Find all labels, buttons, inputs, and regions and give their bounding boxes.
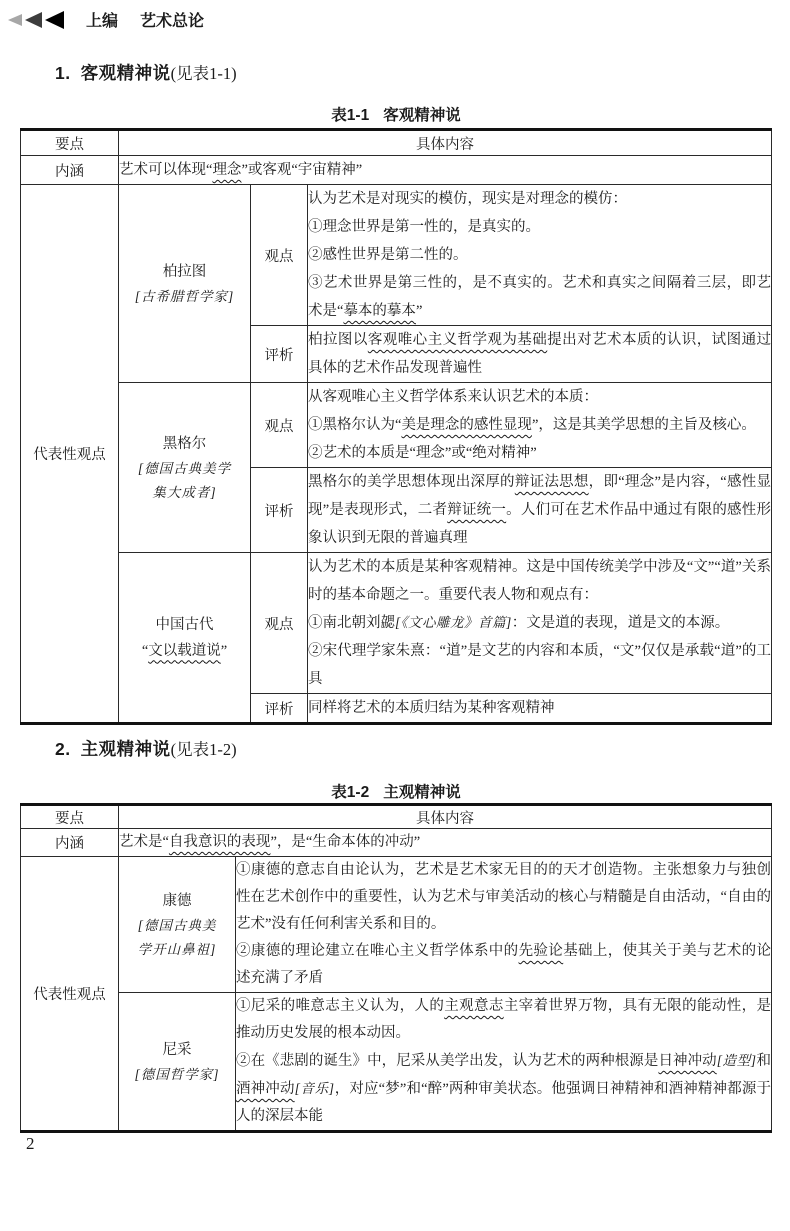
- cell-hegel-guandian: 从客观唯心主义哲学体系来认识艺术的本质：①黑格尔认为“美是理念的感性显现”，这是…: [308, 383, 772, 468]
- cell-platon-pingxi: 柏拉图以客观唯心主义哲学观为基础提出对艺术本质的认识，试图通过具体的艺术作品发现…: [308, 326, 772, 383]
- text-segment: ②感性世界是第二性的。: [308, 247, 468, 263]
- kaiti-annotation: [造型]: [717, 1053, 757, 1068]
- paragraph: 从客观唯心主义哲学体系来认识艺术的本质：: [308, 383, 771, 411]
- running-head-title: 艺术总论: [140, 8, 204, 31]
- wavy-underlined-text: 客观唯心主义哲学观为基础: [368, 332, 547, 348]
- cell-pingxi-label: 评析: [251, 326, 308, 383]
- table-label: 表1-1: [331, 107, 369, 124]
- text-segment: ”，这是其美学思想的主旨及核心。: [532, 417, 756, 433]
- paragraph: ②康德的理论建立在唯心主义哲学体系中的先验论基础上，使其关于美与艺术的论述充满了…: [236, 938, 771, 992]
- school-name: 中国古代: [119, 612, 250, 638]
- wavy-underlined-text: 美是理念的感性显现: [401, 417, 532, 433]
- paragraph: ①黑格尔认为“美是理念的感性显现”，这是其美学思想的主旨及核心。: [308, 411, 771, 439]
- wavy-underlined-text: 酒神冲动: [236, 1081, 295, 1097]
- kaiti-annotation: [《文心雕龙》首篇]: [395, 615, 512, 630]
- text-segment: ②康德的理论建立在唯心主义哲学体系中的: [236, 943, 519, 959]
- text-segment: 认为艺术是对现实的模仿，现实是对理念的模仿：: [308, 191, 627, 207]
- text-segment: 从客观唯心主义哲学体系来认识艺术的本质：: [308, 389, 598, 405]
- header-cell-yaodian: 要点: [21, 130, 119, 156]
- cell-pingxi-label: 评析: [251, 468, 308, 553]
- paragraph: ①康德的意志自由论认为，艺术是艺术家无目的的天才创造物。主张想象力与独创性在艺术…: [236, 857, 771, 938]
- text-segment: ①黑格尔认为“: [308, 417, 401, 433]
- text-segment: 和: [756, 1053, 771, 1069]
- text-segment: 黑格尔的美学思想体现出深厚的: [308, 474, 515, 490]
- paragraph: 同样将艺术的本质归结为某种客观精神: [308, 694, 771, 722]
- paragraph: ①理念世界是第一性的，是真实的。: [308, 213, 771, 241]
- table-1-2-title: 表1-2主观精神说: [20, 780, 772, 802]
- section-table-ref: (见表1-1): [171, 64, 237, 83]
- cell-kant-content: ①康德的意志自由论认为，艺术是艺术家无目的的天才创造物。主张想象力与独创性在艺术…: [236, 857, 772, 993]
- table-label: 表1-2: [331, 784, 369, 801]
- text-segment: ①南北朝刘勰: [308, 615, 395, 631]
- wavy-underlined-text: 自我意识的表现: [169, 834, 271, 850]
- text-segment: ①尼采的唯意志主义认为，人的: [236, 998, 444, 1014]
- section-title: 主观精神说: [81, 739, 171, 759]
- header-cell-juti-neirong: 具体内容: [119, 130, 772, 156]
- cell-neihan-content: 艺术是“自我意识的表现”，是“生命本体的冲动”: [119, 829, 772, 857]
- paragraph: 柏拉图以客观唯心主义哲学观为基础提出对艺术本质的认识，试图通过具体的艺术作品发现…: [308, 326, 771, 382]
- text-segment: 柏拉图以: [308, 332, 368, 348]
- page-number: 2: [26, 1134, 35, 1154]
- cell-name-platon: 柏拉图 [古希腊哲学家]: [119, 185, 251, 383]
- section-number: 2.: [55, 739, 71, 759]
- text-segment: 同样将艺术的本质归结为某种客观精神: [308, 700, 555, 716]
- section-heading-2: 2.主观精神说(见表1-2): [55, 736, 237, 761]
- table-title-text: 客观精神说: [383, 107, 461, 124]
- cell-hegel-pingxi: 黑格尔的美学思想体现出深厚的辩证法思想，即“理念”是内容，“感性显现”是表现形式…: [308, 468, 772, 553]
- paragraph: “文以载道说”: [119, 638, 250, 664]
- paragraph: 艺术是“自我意识的表现”，是“生命本体的冲动”: [119, 829, 771, 856]
- section-title: 客观精神说: [81, 63, 171, 83]
- wavy-underlined-text: 日神冲动: [658, 1053, 716, 1069]
- wavy-underlined-text: 先验论: [519, 943, 564, 959]
- paragraph: ②感性世界是第二性的。: [308, 241, 771, 269]
- wavy-underlined-text: 理念: [212, 162, 241, 178]
- header-cell-yaodian: 要点: [21, 805, 119, 829]
- text-segment: ”: [221, 643, 227, 659]
- cell-name-kant: 康德 [德国古典美 学开山鼻祖]: [119, 857, 236, 993]
- textbook-page: 上编 艺术总论 1.客观精神说(见表1-1) 表1-1客观精神说 要点 具体内容…: [0, 0, 790, 1231]
- wavy-underlined-text: 辩证法思想: [515, 474, 589, 490]
- text-segment: ”，是“生命本体的冲动”: [270, 834, 420, 850]
- cell-daibiao-label: 代表性观点: [21, 185, 119, 724]
- paragraph: ②艺术的本质是“理念”或“绝对精神”: [308, 439, 771, 467]
- person-name: 康德: [119, 888, 235, 914]
- left-arrow-icon: [8, 14, 22, 26]
- wavy-underlined-text: 摹本的摹本: [343, 303, 416, 319]
- text-segment: 艺术可以体现“: [119, 162, 212, 178]
- text-segment: ①康德的意志自由论认为，艺术是艺术家无目的的天才创造物。主张想象力与独创性在艺术…: [236, 862, 771, 932]
- left-arrow-icon: [45, 11, 64, 29]
- kaiti-annotation: [音乐]: [295, 1081, 335, 1096]
- person-name: 黑格尔: [119, 431, 250, 457]
- section-number: 1.: [55, 63, 71, 83]
- wavy-underlined-text: 主观意志: [444, 998, 504, 1014]
- text-segment: ②宋代理学家朱熹：“道”是文艺的内容和本质，“文”仅仅是承载“道”的工具: [308, 643, 771, 687]
- person-name: 柏拉图: [119, 259, 250, 285]
- text-segment: ”: [416, 303, 422, 319]
- cell-neihan-label: 内涵: [21, 829, 119, 857]
- table-1-1-title: 表1-1客观精神说: [20, 103, 772, 125]
- paragraph: 艺术可以体现“理念”或客观“宇宙精神”: [119, 156, 771, 184]
- text-segment: ：文是道的表现，道是文的本源。: [512, 615, 730, 631]
- section-heading-1: 1.客观精神说(见表1-1): [55, 60, 237, 85]
- paragraph: ②宋代理学家朱熹：“道”是文艺的内容和本质，“文”仅仅是承载“道”的工具: [308, 637, 771, 693]
- header-cell-juti-neirong: 具体内容: [119, 805, 772, 829]
- cell-platon-guandian: 认为艺术是对现实的模仿，现实是对理念的模仿：①理念世界是第一性的，是真实的。②感…: [308, 185, 772, 326]
- text-segment: ②在《悲剧的诞生》中，尼采从美学出发，认为艺术的两种根源是: [236, 1053, 658, 1069]
- person-note: [德国古典美学 集大成者]: [119, 457, 250, 505]
- cell-pingxi-label: 评析: [251, 694, 308, 724]
- paragraph: ①南北朝刘勰[《文心雕龙》首篇]：文是道的表现，道是文的本源。: [308, 609, 771, 637]
- left-arrow-icon: [25, 12, 42, 28]
- text-segment: ”或客观“宇宙精神”: [241, 162, 362, 178]
- wavy-underlined-text: 辩证统一: [447, 502, 506, 518]
- cell-guandian-label: 观点: [251, 553, 308, 694]
- person-name: 尼采: [119, 1037, 235, 1063]
- text-segment: ②艺术的本质是“理念”或“绝对精神”: [308, 445, 537, 461]
- paragraph: ③艺术世界是第三性的，是不真实的。艺术和真实之间隔着三层，即艺术是“摹本的摹本”: [308, 269, 771, 325]
- running-head: 上编 艺术总论: [8, 8, 204, 31]
- cell-guandian-label: 观点: [251, 185, 308, 326]
- cell-guandian-label: 观点: [251, 383, 308, 468]
- paragraph: 认为艺术是对现实的模仿，现实是对理念的模仿：: [308, 185, 771, 213]
- text-segment: 认为艺术的本质是某种客观精神。这是中国传统美学中涉及“文”“道”关系时的基本命题…: [308, 559, 771, 603]
- cell-neihan-content: 艺术可以体现“理念”或客观“宇宙精神”: [119, 156, 772, 185]
- paragraph: ②在《悲剧的诞生》中，尼采从美学出发，认为艺术的两种根源是日神冲动[造型]和酒神…: [236, 1047, 771, 1130]
- table-1-2: 要点 具体内容 内涵 艺术是“自我意识的表现”，是“生命本体的冲动” 代表性观点…: [20, 803, 772, 1133]
- wavy-underlined-text: 文以载道说: [148, 643, 221, 659]
- cell-name-hegel: 黑格尔 [德国古典美学 集大成者]: [119, 383, 251, 553]
- text-segment: ①理念世界是第一性的，是真实的。: [308, 219, 540, 235]
- text-segment: 艺术是“: [119, 834, 169, 850]
- cell-china-guandian: 认为艺术的本质是某种客观精神。这是中国传统美学中涉及“文”“道”关系时的基本命题…: [308, 553, 772, 694]
- paragraph: ①尼采的唯意志主义认为，人的主观意志主宰着世界万物，具有无限的能动性，是推动历史…: [236, 993, 771, 1047]
- cell-china-pingxi: 同样将艺术的本质归结为某种客观精神: [308, 694, 772, 724]
- table-1-1: 要点 具体内容 内涵 艺术可以体现“理念”或客观“宇宙精神” 代表性观点 柏拉图…: [20, 128, 772, 725]
- cell-nietzsche-content: ①尼采的唯意志主义认为，人的主观意志主宰着世界万物，具有无限的能动性，是推动历史…: [236, 993, 772, 1132]
- school-name-2: “文以载道说”: [119, 638, 250, 664]
- paragraph: 黑格尔的美学思想体现出深厚的辩证法思想，即“理念”是内容，“感性显现”是表现形式…: [308, 468, 771, 552]
- cell-neihan-label: 内涵: [21, 156, 119, 185]
- section-table-ref: (见表1-2): [171, 740, 237, 759]
- cell-name-nietzsche: 尼采 [德国哲学家]: [119, 993, 236, 1132]
- running-head-part: 上编: [86, 8, 118, 31]
- person-note: [德国古典美 学开山鼻祖]: [119, 914, 235, 962]
- person-note: [古希腊哲学家]: [119, 285, 250, 309]
- table-title-text: 主观精神说: [383, 784, 461, 801]
- cell-name-china-ancient: 中国古代 “文以载道说”: [119, 553, 251, 724]
- person-note: [德国哲学家]: [119, 1063, 235, 1087]
- paragraph: 认为艺术的本质是某种客观精神。这是中国传统美学中涉及“文”“道”关系时的基本命题…: [308, 553, 771, 609]
- cell-daibiao-label: 代表性观点: [21, 857, 119, 1132]
